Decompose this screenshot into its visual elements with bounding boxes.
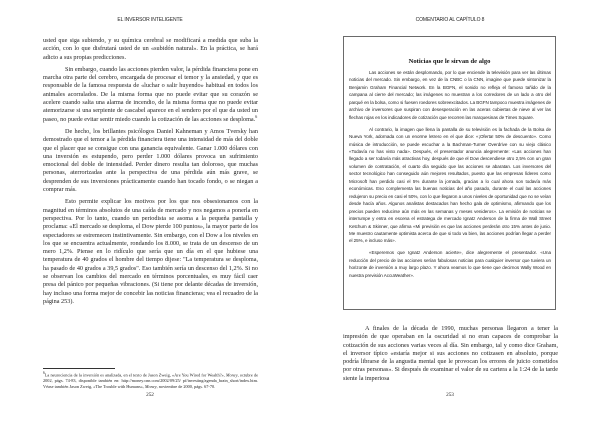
sidebar-box: Noticias que le sirvan de algo Las accio… (343, 36, 556, 310)
paragraph: De hecho, los brillantes psicólogos Dani… (43, 128, 258, 194)
paragraph-text: Sin embargo, cuando las acciones pierden… (43, 66, 258, 123)
paragraph: A finales de la década de 1990, muchas p… (343, 325, 558, 383)
footnote-divider (43, 368, 115, 369)
body-text: A finales de la década de 1990, muchas p… (343, 325, 558, 387)
sidebar-paragraph: Las acciones se están desplomando, por l… (349, 69, 551, 121)
footnote-publication: Money (226, 372, 238, 377)
body-text: usted que siga subiendo, y su química ce… (43, 37, 258, 310)
paragraph: usted que siga subiendo, y su química ce… (43, 37, 258, 62)
paragraph: Esto permite explicar los motivos por lo… (43, 198, 258, 306)
sidebar-text: Las acciones se están desplomando, por l… (349, 69, 551, 284)
paragraph: Sin embargo, cuando las acciones pierden… (43, 66, 258, 124)
footnote-text: , noviembre de 2000, págs. 67-70. (157, 384, 216, 389)
right-page: COMENTARIO AL CAPÍTULO 8 Noticias que le… (300, 0, 600, 424)
sidebar-paragraph: Al contrario, la imagen que llena la pan… (349, 126, 551, 245)
page-number: 252 (0, 392, 300, 398)
running-head: COMENTARIO AL CAPÍTULO 8 (300, 17, 600, 23)
footnote-publication: Money (145, 384, 157, 389)
page-number: 253 (300, 392, 600, 398)
running-head: EL INVERSOR INTELIGENTE (0, 17, 300, 23)
footnote-reference[interactable]: 6 (255, 114, 257, 119)
sidebar-title: Noticias que le sirvan de algo (344, 58, 555, 65)
footnote: 6La neurociencia de la inversión es anal… (43, 371, 258, 389)
sidebar-paragraph: «Esperemos que Ignatz Anderson acierte»,… (349, 249, 551, 279)
footnote-text: La neurociencia de la inversión es anali… (45, 372, 226, 377)
left-page: EL INVERSOR INTELIGENTE usted que siga s… (0, 0, 300, 424)
